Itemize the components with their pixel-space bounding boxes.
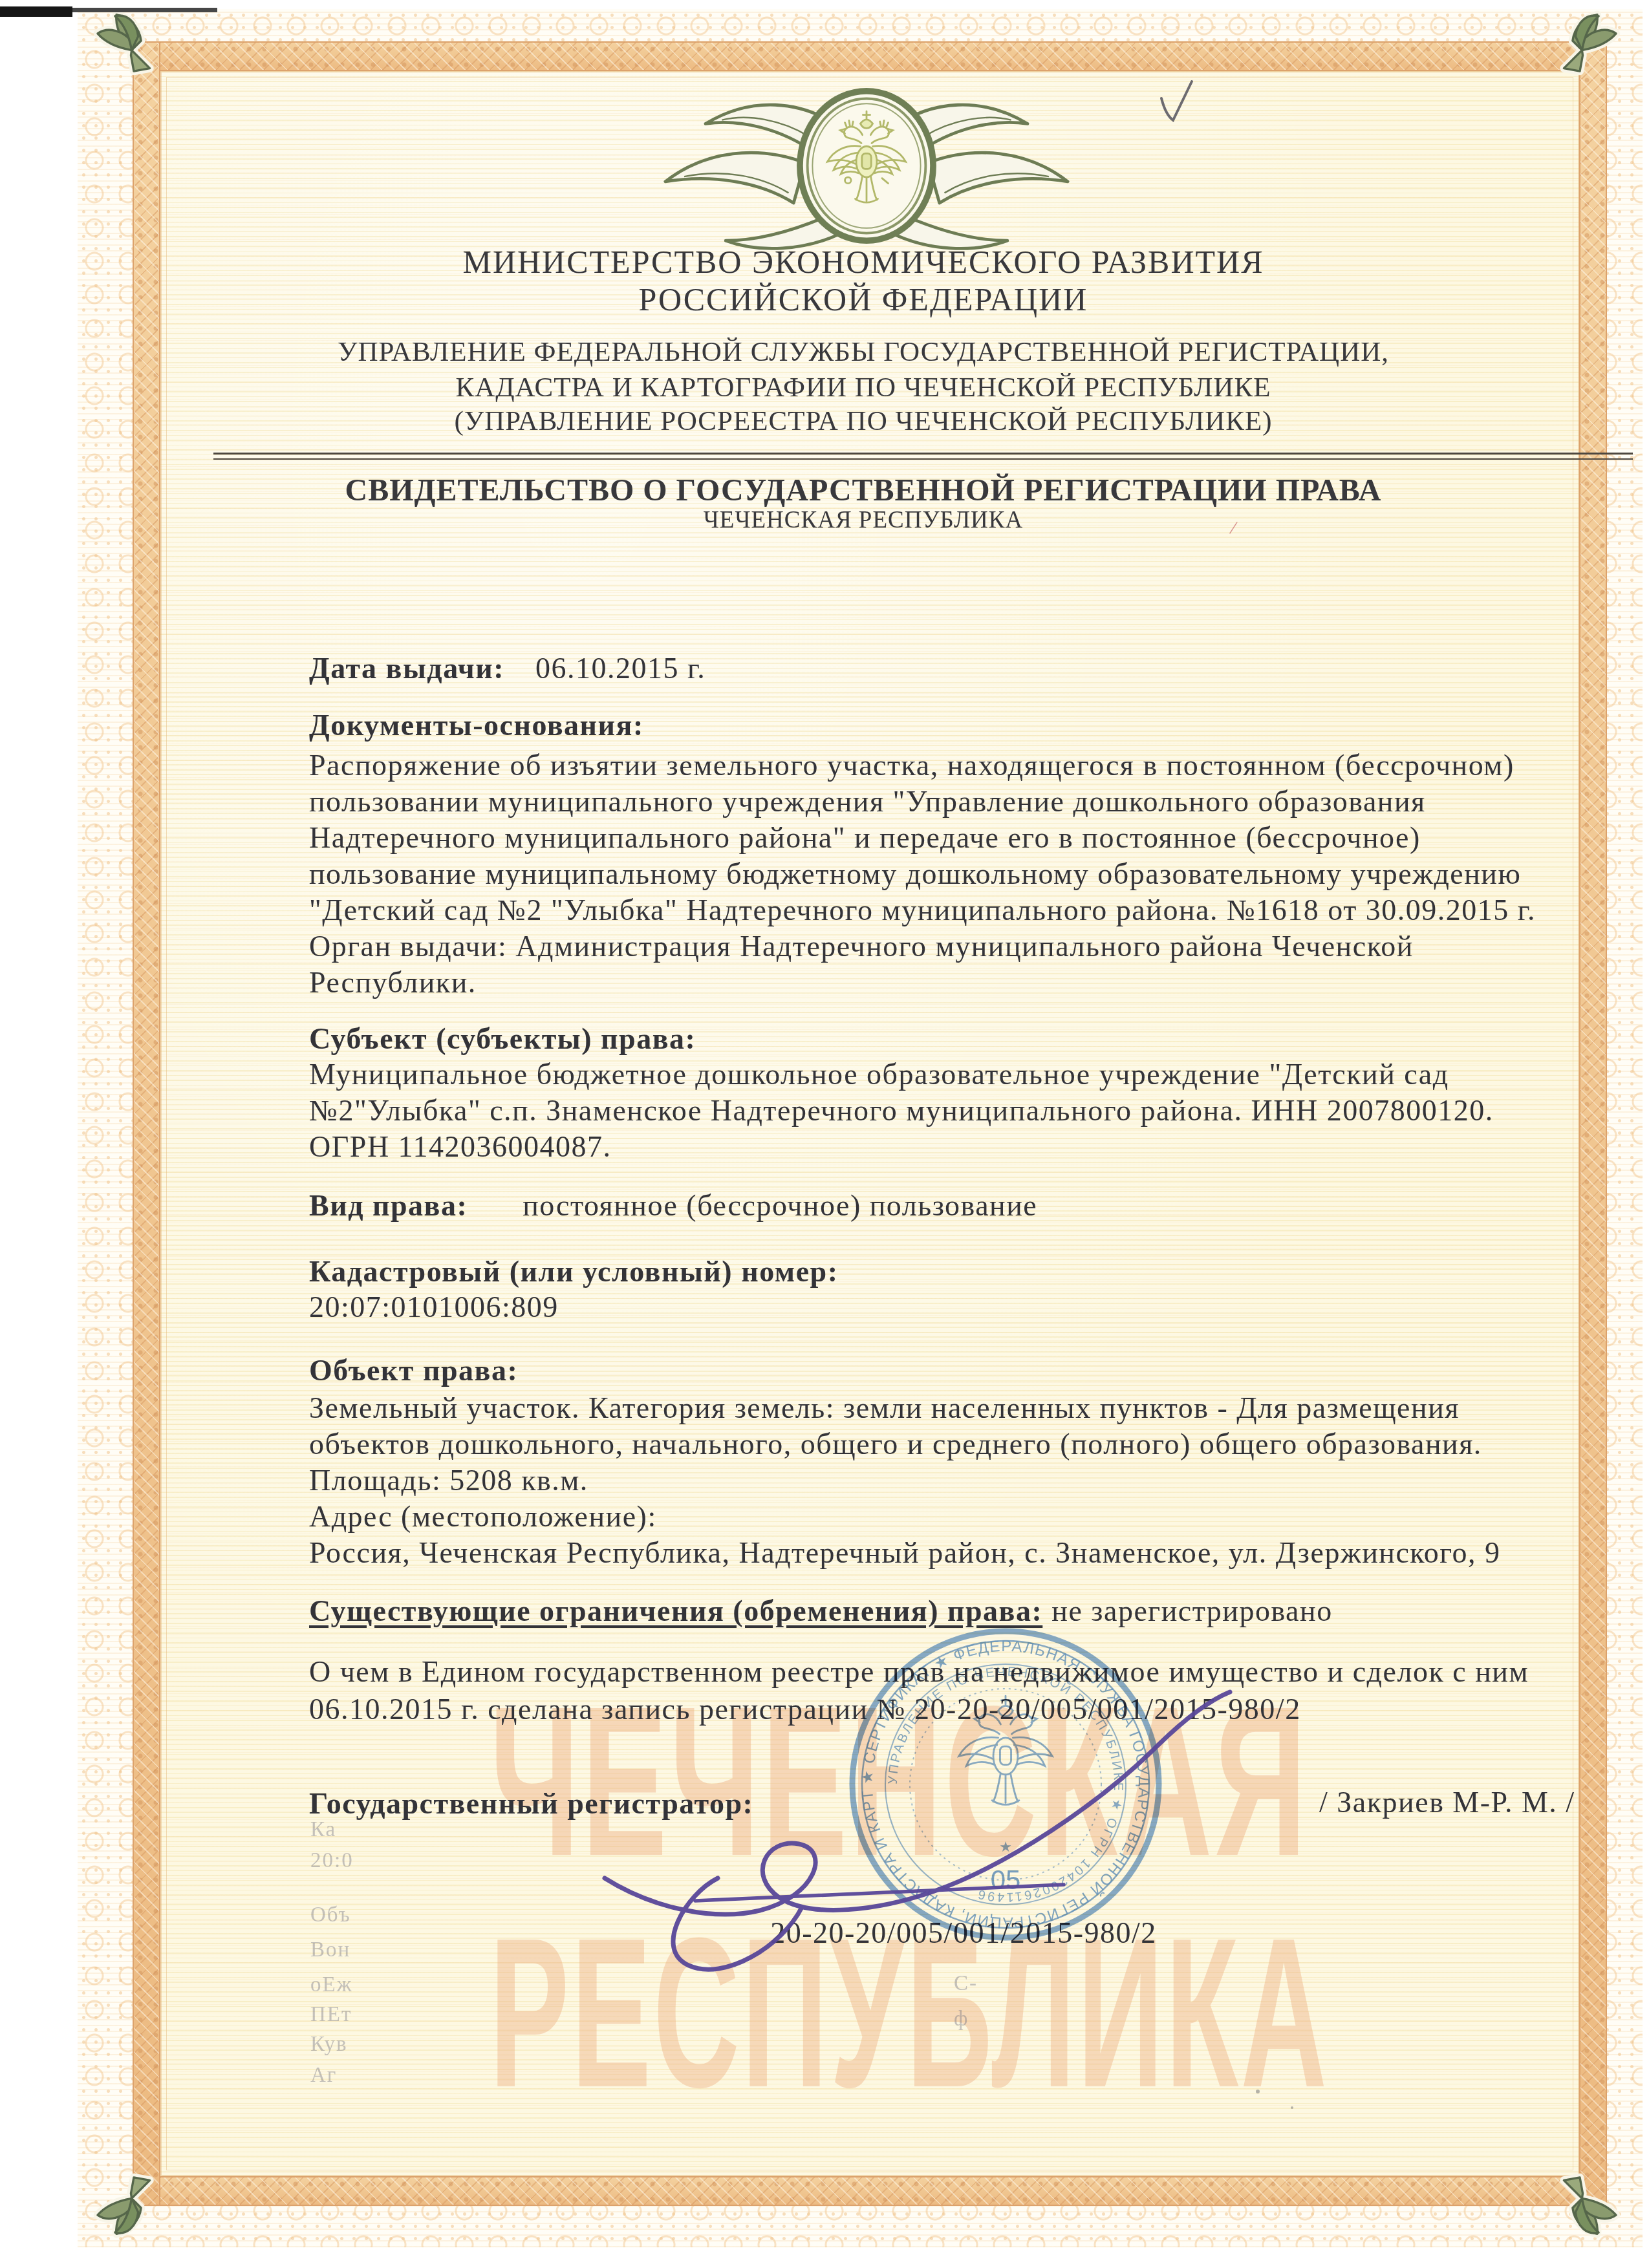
corner-leaf-icon [92, 10, 164, 83]
certificate-region: ЧЕЧЕНСКАЯ РЕСПУБЛИКА [155, 506, 1571, 535]
registrar-signature [582, 1655, 1261, 1991]
object-label: Объект права: [309, 1353, 518, 1389]
office-name-line2: КАДАСТРА И КАРТОГРАФИИ ПО ЧЕЧЕНСКОЙ РЕСП… [155, 370, 1571, 405]
subject-label: Субъект (субъекты) права: [309, 1021, 696, 1057]
object-line: Адрес (местоположение): [309, 1499, 1501, 1535]
docs-line: Надтеречного муниципального района" и пе… [309, 820, 1536, 856]
ministry-name-line1: МИНИСТЕРСТВО ЭКОНОМИЧЕСКОГО РАЗВИТИЯ [155, 244, 1571, 280]
object-line: Россия, Чеченская Республика, Надтеречны… [309, 1535, 1501, 1571]
issue-date-label: Дата выдачи: [309, 652, 504, 685]
docs-line: пользование муниципальному бюджетному до… [309, 856, 1536, 892]
docs-line: Распоряжение об изъятии земельного участ… [309, 747, 1536, 784]
object-line: Площадь: 5208 кв.м. [309, 1462, 1501, 1499]
docs-paragraph: Распоряжение об изъятии земельного участ… [309, 747, 1536, 1001]
pen-checkmark [1155, 76, 1200, 128]
cadastral-value: 20:07:0101006:809 [309, 1289, 559, 1325]
object-line: Земельный участок. Категория земель: зем… [309, 1390, 1501, 1426]
right-type-row: Вид права:постоянное (бессрочное) пользо… [309, 1188, 1037, 1224]
right-type-value: постоянное (бессрочное) пользование [523, 1189, 1037, 1222]
cadastral-label: Кадастровый (или условный) номер: [309, 1254, 838, 1290]
subject-line: ОГРН 1142036004087. [309, 1129, 1494, 1165]
bleedthrough-fragment: Аг [310, 2064, 337, 2088]
bleedthrough-fragment: 20:0 [310, 1849, 354, 1873]
scan-artifact-bar [0, 6, 72, 17]
subject-line: Муниципальное бюджетное дошкольное образ… [309, 1056, 1494, 1093]
border-band-right [1579, 41, 1607, 2206]
bleedthrough-fragment: Кув [310, 2033, 348, 2057]
divider-rule-bottom [213, 458, 1633, 460]
docs-line: "Детский сад №2 "Улыбка" Надтеречного му… [309, 892, 1536, 928]
dust-speck [1256, 2090, 1260, 2093]
certificate-title: СВИДЕТЕЛЬСТВО О ГОСУДАРСТВЕННОЙ РЕГИСТРА… [155, 473, 1571, 509]
bleedthrough-fragment: Объ [310, 1903, 351, 1927]
border-band-top [133, 41, 1607, 71]
office-name-line3: (УПРАВЛЕНИЕ РОСРЕЕСТРА ПО ЧЕЧЕНСКОЙ РЕСП… [155, 404, 1571, 439]
bleedthrough-fragment: оЕж [310, 1973, 352, 1997]
certificate-page: ЧЕЧЕНСКАЯ РЕСПУБЛИКА [0, 0, 1649, 2268]
office-name-line1: УПРАВЛЕНИЕ ФЕДЕРАЛЬНОЙ СЛУЖБЫ ГОСУДАРСТВ… [155, 335, 1571, 370]
bleedthrough-fragment: ПЕт [310, 2003, 352, 2027]
docs-line: Республики. [309, 965, 1536, 1001]
scan-artifact-line [72, 8, 217, 12]
bleedthrough-fragment: Вон [310, 1938, 350, 1962]
ministry-name-line2: РОССИЙСКОЙ ФЕДЕРАЦИИ [155, 281, 1571, 317]
bleedthrough-fragment: ф [954, 2007, 969, 2031]
issue-date-row: Дата выдачи:06.10.2015 г. [309, 650, 706, 687]
docs-line: пользовании муниципального учреждения "У… [309, 784, 1536, 820]
subject-paragraph: Муниципальное бюджетное дошкольное образ… [309, 1056, 1494, 1165]
corner-leaf-icon [1549, 2166, 1622, 2238]
subject-line: №2"Улыбка" с.п. Знаменское Надтеречного … [309, 1093, 1494, 1129]
object-paragraph: Земельный участок. Категория земель: зем… [309, 1390, 1501, 1571]
corner-leaf-icon [1549, 10, 1622, 83]
right-type-label: Вид права: [309, 1189, 468, 1222]
divider-rule-top [213, 453, 1633, 455]
object-line: объектов дошкольного, начального, общего… [309, 1426, 1501, 1462]
dust-speck [1291, 2106, 1293, 2109]
registrar-name: / Закриев М-Р. М. / [1319, 1784, 1575, 1821]
ministry-emblem [640, 81, 1093, 253]
restrictions-row: Существующие ограничения (обременения) п… [309, 1593, 1333, 1629]
border-band-bottom [133, 2176, 1607, 2206]
docs-label: Документы-основания: [309, 707, 644, 744]
docs-line: Орган выдачи: Администрация Надтеречного… [309, 928, 1536, 965]
issue-date-value: 06.10.2015 г. [535, 652, 706, 685]
corner-leaf-icon [92, 2166, 164, 2238]
